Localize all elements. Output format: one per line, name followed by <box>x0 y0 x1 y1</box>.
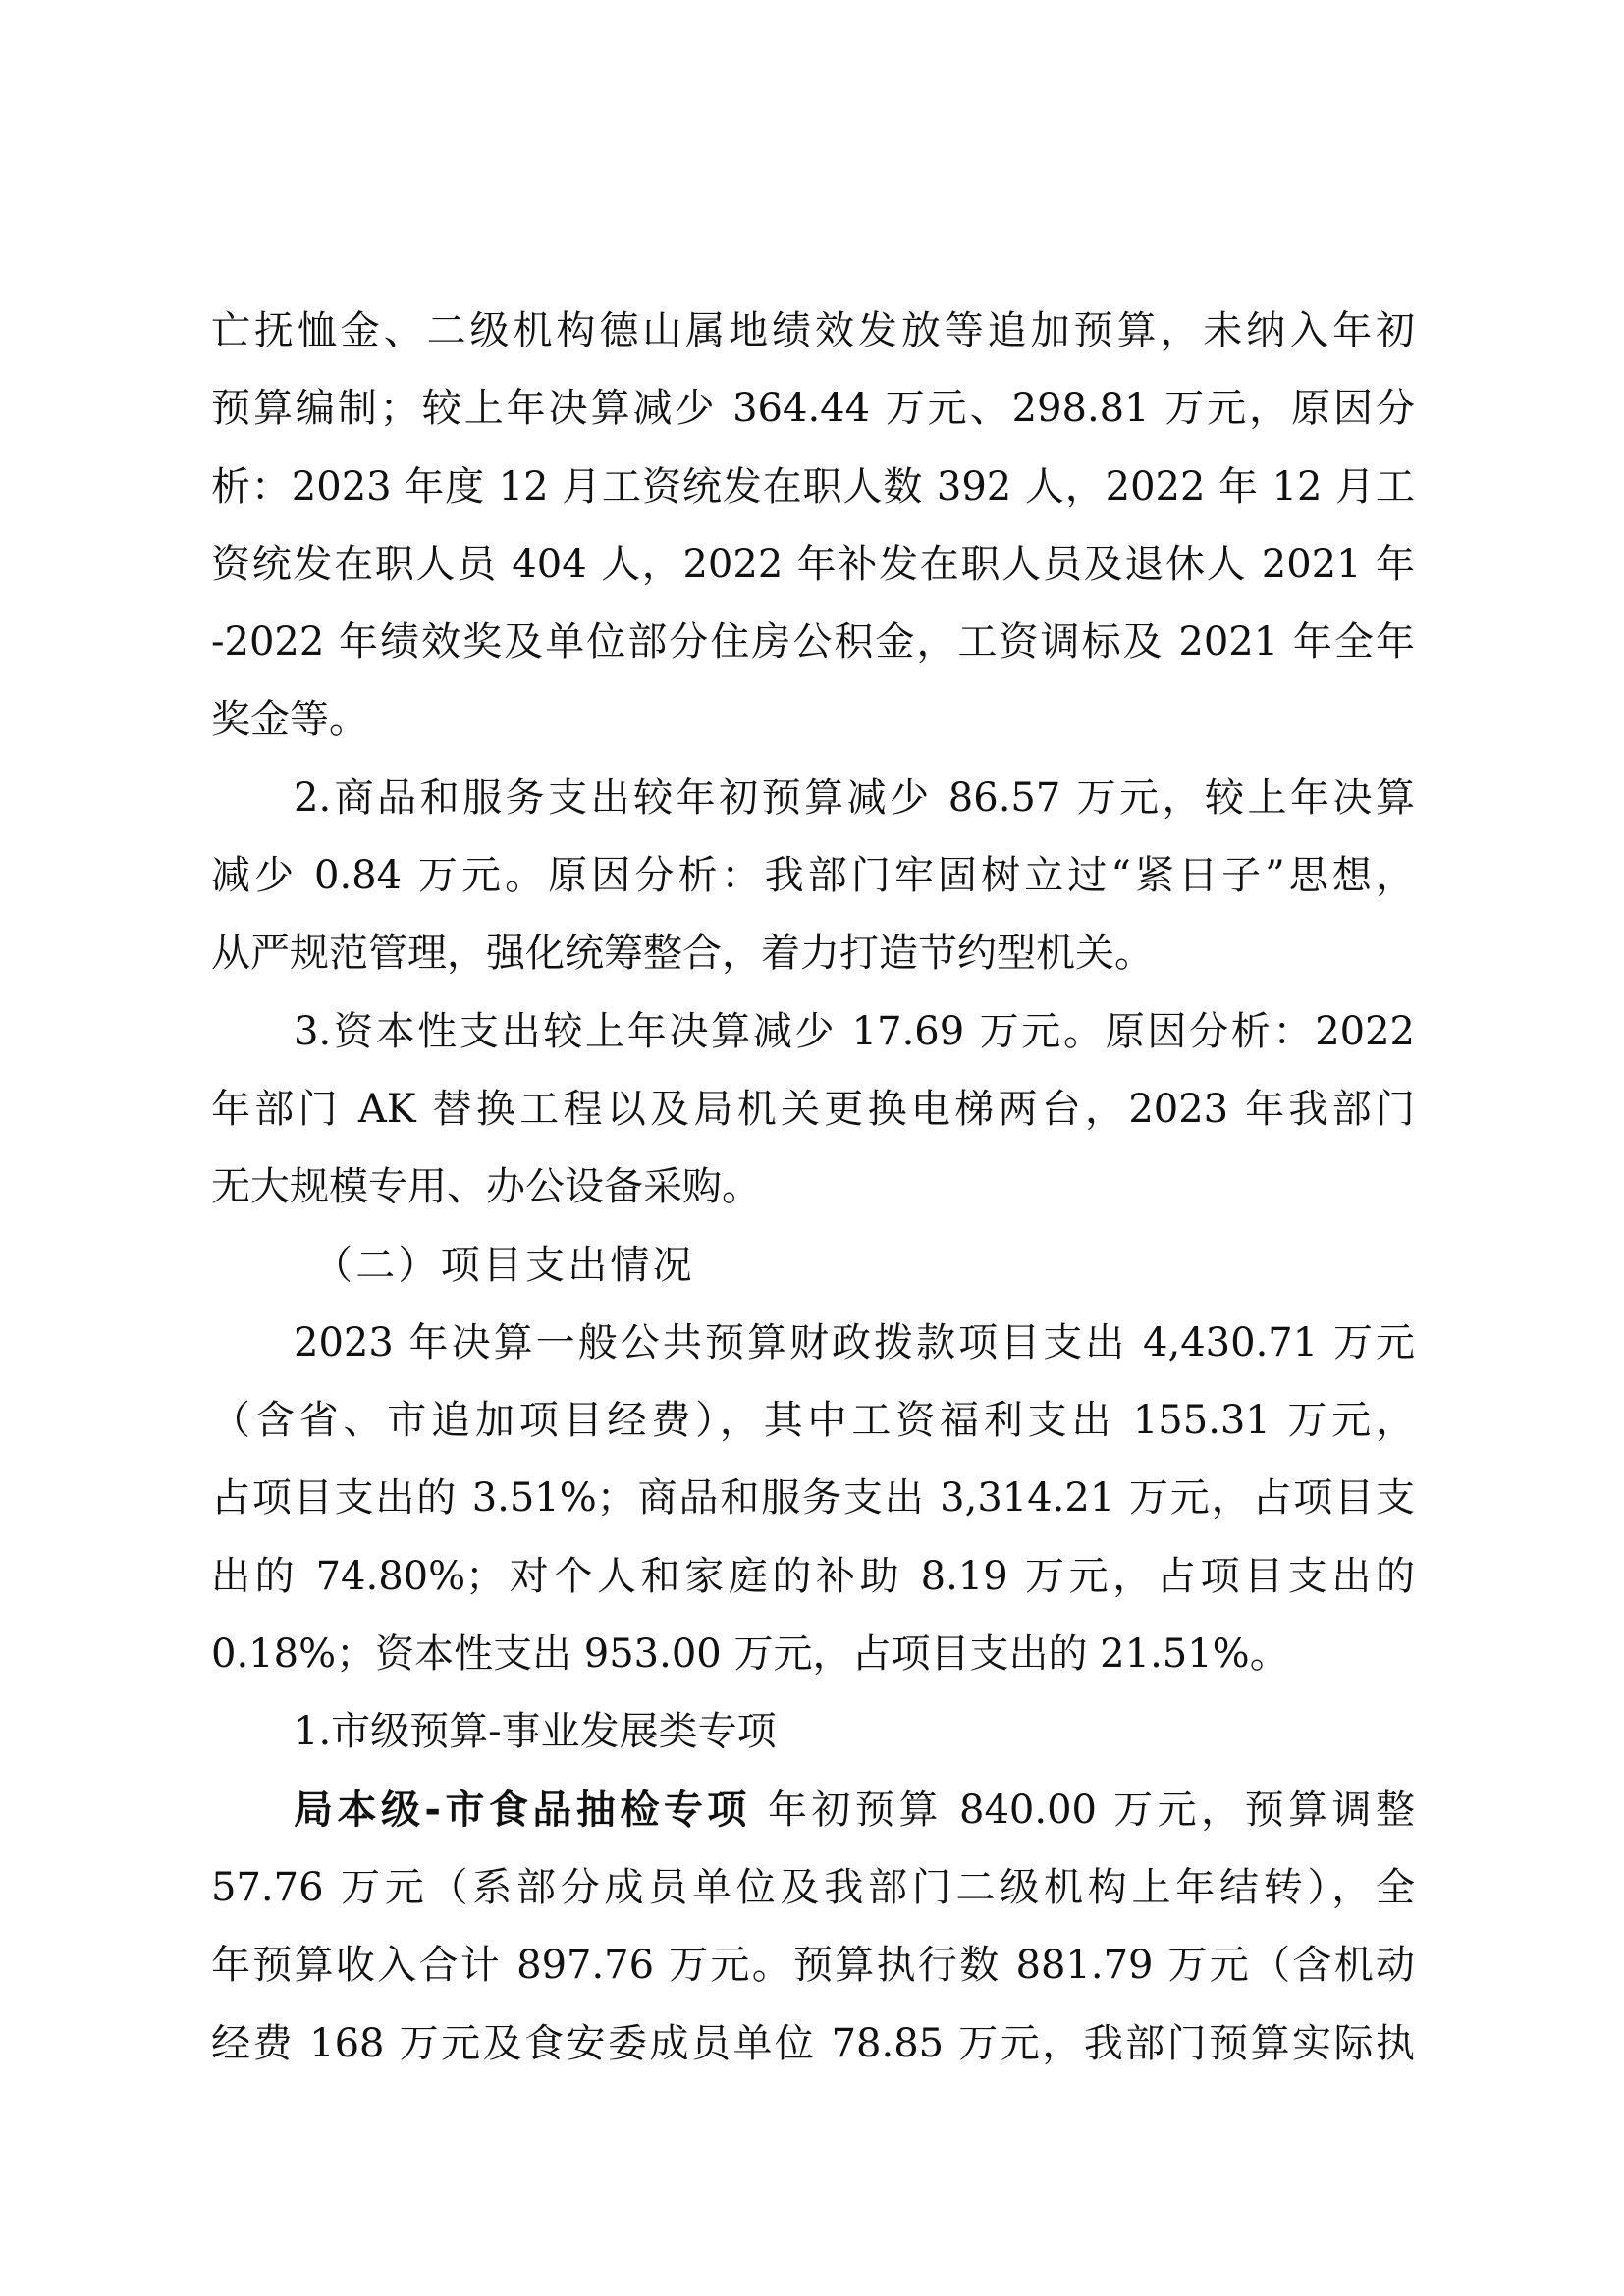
paragraph-goods-services: 2.商品和服务支出较年初预算减少 86.57 万元，较上年决算 减少 0.84 … <box>211 760 1415 993</box>
text-line: （含省、市追加项目经费），其中工资福利支出 155.31 万元， <box>211 1382 1415 1460</box>
text-line: 3.资本性支出较上年决算减少 17.69 万元。原因分析：2022 <box>211 993 1415 1071</box>
paragraph-capital-expenditure: 3.资本性支出较上年决算减少 17.69 万元。原因分析：2022 年部门 AK… <box>211 993 1415 1227</box>
text-line: 年部门 AK 替换工程以及局机关更换电梯两台，2023 年我部门 <box>211 1071 1415 1148</box>
text-line: 资统发在职人员 404 人，2022 年补发在职人员及退休人 2021 年 <box>211 526 1415 604</box>
document-page: 亡抚恤金、二级机构德山属地绩效发放等追加预算，未纳入年初 预算编制；较上年决算减… <box>211 293 1415 2083</box>
text-line: 无大规模专用、办公设备采购。 <box>211 1148 1415 1226</box>
text-line: 从严规范管理，强化统筹整合，着力打造节约型机关。 <box>211 915 1415 992</box>
paragraph-food-inspection: 局本级-市食品抽检专项 年初预算 840.00 万元，预算调整 57.76 万元… <box>211 1772 1415 2083</box>
section-heading-project-expenditure: （二）项目支出情况 <box>211 1227 1415 1305</box>
text-line: 亡抚恤金、二级机构德山属地绩效发放等追加预算，未纳入年初 <box>211 293 1415 370</box>
text-line: 2.商品和服务支出较年初预算减少 86.57 万元，较上年决算 <box>211 760 1415 837</box>
text-line: 年预算收入合计 897.76 万元。预算执行数 881.79 万元（含机动 <box>211 1927 1415 2004</box>
text-line: 预算编制；较上年决算减少 364.44 万元、298.81 万元，原因分 <box>211 370 1415 448</box>
text-line: 占项目支出的 3.51%；商品和服务支出 3,314.21 万元，占项目支 <box>211 1460 1415 1537</box>
text-line: 奖金等。 <box>211 681 1415 759</box>
paragraph-project-summary: 2023 年决算一般公共预算财政拨款项目支出 4,430.71 万元 （含省、市… <box>211 1305 1415 1693</box>
text-line: 局本级-市食品抽检专项 年初预算 840.00 万元，预算调整 <box>211 1772 1415 1849</box>
text-line: 经费 168 万元及食安委成员单位 78.85 万元，我部门预算实际执 <box>211 2005 1415 2083</box>
text-line: 减少 0.84 万元。原因分析：我部门牢固树立过“紧日子”思想， <box>211 837 1415 915</box>
text-run: 年初预算 840.00 万元，预算调整 <box>751 1788 1415 1833</box>
text-line: 析：2023 年度 12 月工资统发在职人数 392 人，2022 年 12 月… <box>211 449 1415 526</box>
text-line: 0.18%；资本性支出 953.00 万元，占项目支出的 21.51%。 <box>211 1616 1415 1693</box>
text-line: -2022 年绩效奖及单位部分住房公积金，工资调标及 2021 年全年 <box>211 604 1415 681</box>
section-heading: （二）项目支出情况 <box>211 1227 1415 1305</box>
subheading: 1.市级预算-事业发展类专项 <box>211 1693 1415 1771</box>
text-line: 2023 年决算一般公共预算财政拨款项目支出 4,430.71 万元 <box>211 1305 1415 1382</box>
text-line: 出的 74.80%；对个人和家庭的补助 8.19 万元，占项目支出的 <box>211 1538 1415 1616</box>
bold-item-title: 局本级-市食品抽检专项 <box>294 1788 751 1833</box>
text-line: 57.76 万元（系部分成员单位及我部门二级机构上年结转），全 <box>211 1849 1415 1927</box>
subheading-city-budget: 1.市级预算-事业发展类专项 <box>211 1693 1415 1771</box>
paragraph-personnel-continuation: 亡抚恤金、二级机构德山属地绩效发放等追加预算，未纳入年初 预算编制；较上年决算减… <box>211 293 1415 760</box>
